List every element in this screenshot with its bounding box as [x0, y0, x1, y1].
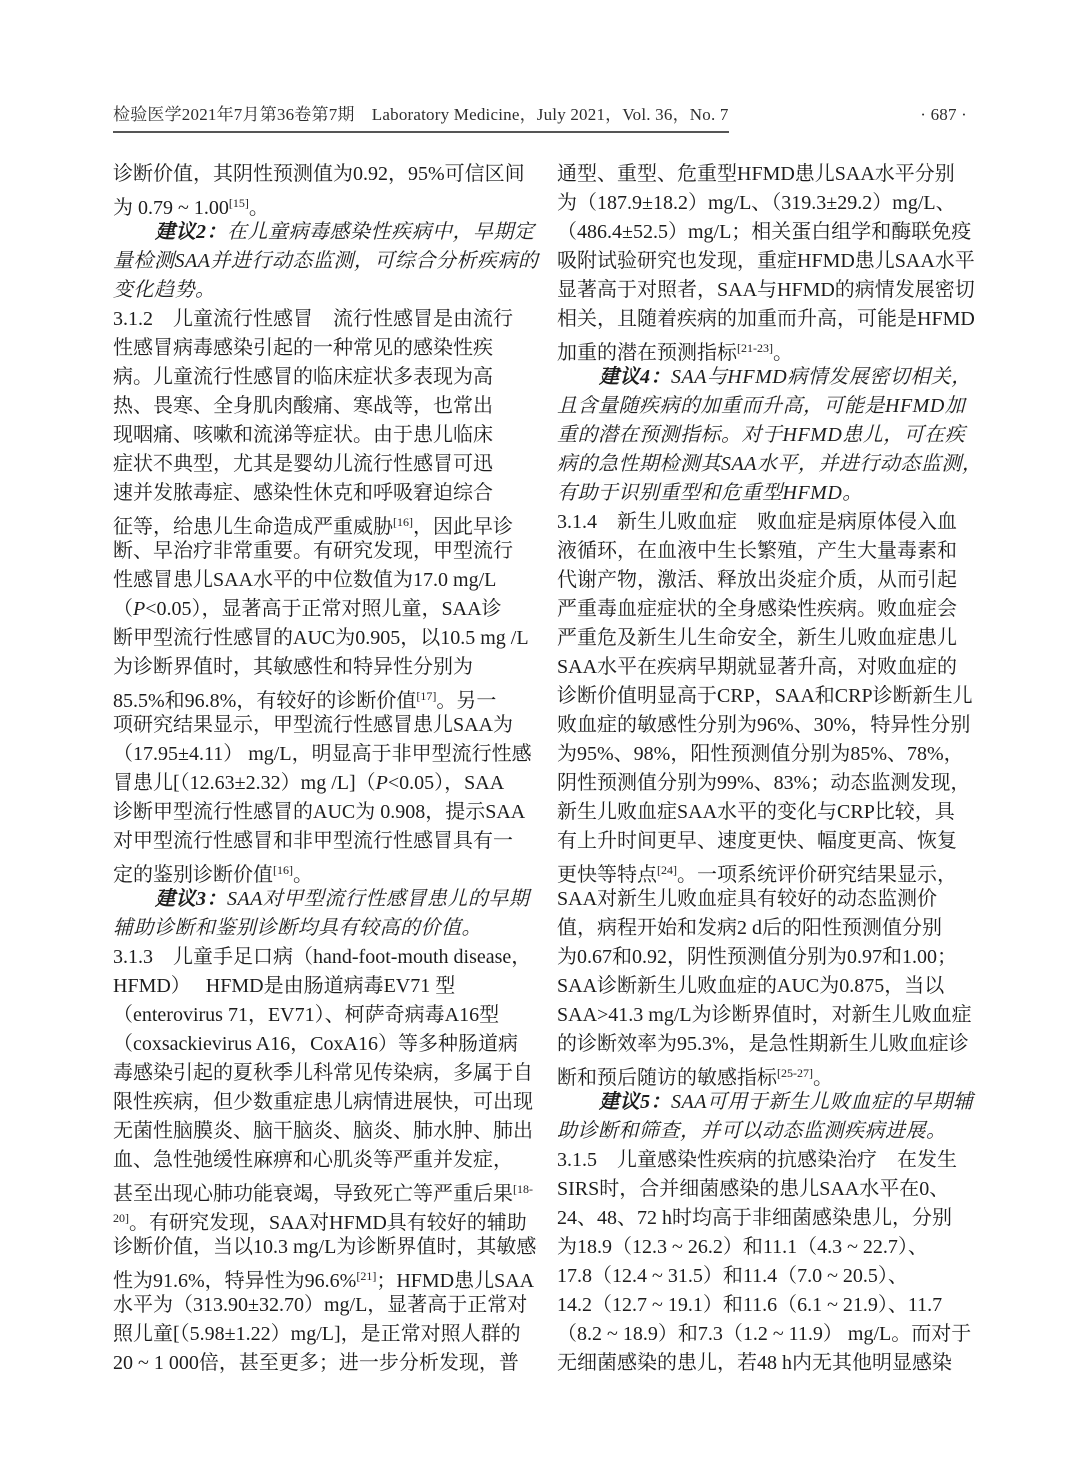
text-segment: 为 0.79 ~ 1.00 [113, 197, 229, 218]
text-segment: 液循环，在血液中生长繁殖，产生大量毒素和 [557, 540, 957, 562]
text-segment: 20 ~ 1 000倍，甚至更多；进一步分析发现，普 [113, 1352, 519, 1374]
text-segment: 限性疾病，但少数重症患儿病情进展快，可出现 [113, 1091, 533, 1113]
text-segment: 新生儿败血症SAA水平的变化与CRP比较，具 [557, 801, 955, 823]
text-segment: （486.4±52.5）mg/L；相关蛋白组学和酶联免疫 [557, 221, 971, 243]
text-segment: 病。儿童流行性感冒的临床症状多表现为高 [113, 366, 493, 388]
text-line: 量检测SAA并进行动态监测，可综合分析疾病的 [113, 247, 543, 276]
text-line: 速并发脓毒症、感染性休克和呼吸窘迫综合 [113, 479, 543, 508]
page-header: 检验医学2021年7月第36卷第7期 Laboratory Medicine，J… [113, 100, 967, 133]
text-line: 建议4：SAA与HFMD病情发展密切相关， [557, 363, 987, 392]
text-segment: 显著高于对照者，SAA与HFMD的病情发展密切 [557, 279, 975, 301]
text-segment: 量检测SAA并进行动态监测，可综合分析疾病的 [113, 250, 538, 272]
text-line: 值，病程开始和发病2 d后的阳性预测值分别 [557, 914, 987, 943]
text-segment: 对甲型流行性感冒和非甲型流行性感冒具有一 [113, 830, 513, 852]
text-segment: 。 [293, 864, 313, 885]
text-line: 显著高于对照者，SAA与HFMD的病情发展密切 [557, 276, 987, 305]
text-segment: 85.5%和96.8%，有较好的诊断价值 [113, 690, 416, 711]
text-segment: 为0.67和0.92，阴性预测值分别为0.97和1.00； [557, 946, 957, 968]
text-segment: 加重的潜在预测指标 [557, 342, 737, 363]
text-segment: 更快等特点 [557, 864, 657, 885]
text-line: 有上升时间更早、速度更快、幅度更高、恢复 [557, 827, 987, 856]
text-line: 有助于识别重型和危重型HFMD。 [557, 479, 987, 508]
text-line: 诊断价值明显高于CRP，SAA和CRP诊断新生儿 [557, 682, 987, 711]
text-line: （P<0.05），显著高于正常对照儿童，SAA诊 [113, 595, 543, 624]
text-line: 变化趋势。 [113, 276, 543, 305]
text-segment: （8.2 ~ 18.9）和7.3（1.2 ~ 11.9） mg/L。而对于 [557, 1323, 971, 1345]
text-segment: 照儿童[（5.98±1.22）mg/L]，是正常对照人群的 [113, 1323, 521, 1345]
text-segment: 速并发脓毒症、感染性休克和呼吸窘迫综合 [113, 482, 493, 504]
text-segment: 断和预后随访的敏感指标 [557, 1067, 777, 1088]
text-line: 更快等特点[24]。一项系统评价研究结果显示， [557, 856, 987, 885]
text-segment: 建议3： [155, 888, 227, 910]
text-line: （coxsackievirus A16，CoxA16）等多种肠道病 [113, 1030, 543, 1059]
text-line: 甚至出现心肺功能衰竭，导致死亡等严重后果[18- [113, 1175, 543, 1204]
text-segment: P [133, 598, 145, 620]
text-line: 代谢产物，激活、释放出炎症介质，从而引起 [557, 566, 987, 595]
text-line: 血、急性弛缓性麻痹和心肌炎等严重并发症， [113, 1146, 543, 1175]
text-segment: 3.1.5 儿童感染性疾病的抗感染治疗 在发生 [557, 1149, 957, 1171]
text-line: 诊断价值，当以10.3 mg/L为诊断界值时，其敏感 [113, 1233, 543, 1262]
page-number: · 687 · [920, 105, 967, 133]
text-segment: <0.05），SAA [388, 772, 504, 794]
text-segment: 24、48、72 h时均高于非细菌感染患儿，分别 [557, 1207, 952, 1229]
reference-superscript: [16] [273, 863, 293, 877]
text-segment: 通型、重型、危重型HFMD患儿SAA水平分别 [557, 163, 955, 185]
text-segment: SAA对新生儿败血症具有较好的动态监测价 [557, 888, 937, 910]
text-segment: （17.95±4.11） mg/L，明显高于非甲型流行性感 [113, 743, 532, 765]
text-segment: 建议4： [599, 366, 671, 388]
text-segment: 值，病程开始和发病2 d后的阳性预测值分别 [557, 917, 942, 939]
text-segment: 现咽痛、咳嗽和流涕等症状。由于患儿临床 [113, 424, 493, 446]
text-segment: 助诊断和筛查，并可以动态监测疾病进展。 [557, 1120, 947, 1142]
text-line: 诊断甲型流行性感冒的AUC为 0.908，提示SAA [113, 798, 543, 827]
text-segment: SIRS时，合并细菌感染的患儿SAA水平在0、 [557, 1178, 949, 1200]
text-line: SAA>41.3 mg/L为诊断界值时，对新生儿败血症 [557, 1001, 987, 1030]
text-segment: 有上升时间更早、速度更快、幅度更高、恢复 [557, 830, 957, 852]
text-segment: 症状不典型，尤其是婴幼儿流行性感冒可迅 [113, 453, 493, 475]
text-line: 无细菌感染的患儿，若48 h内无其他明显感染 [557, 1349, 987, 1378]
text-line: 且含量随疾病的加重而升高，可能是HFMD加 [557, 392, 987, 421]
journal-page: 检验医学2021年7月第36卷第7期 Laboratory Medicine，J… [0, 0, 1080, 1480]
text-line: 24、48、72 h时均高于非细菌感染患儿，分别 [557, 1204, 987, 1233]
reference-superscript: [21-23] [737, 341, 773, 355]
text-line: 征等，给患儿生命造成严重威胁[16]，因此早诊 [113, 508, 543, 537]
text-segment: 水平为（313.90±32.70）mg/L，显著高于正常对 [113, 1294, 527, 1316]
text-segment: 败血症的敏感性分别为96%、30%，特异性分别 [557, 714, 970, 736]
text-line: 为诊断界值时，其敏感性和特异性分别为 [113, 653, 543, 682]
text-line: 20 ~ 1 000倍，甚至更多；进一步分析发现，普 [113, 1349, 543, 1378]
text-line: 断、早治疗非常重要。有研究发现，甲型流行 [113, 537, 543, 566]
text-line: 辅助诊断和鉴别诊断均具有较高的价值。 [113, 914, 543, 943]
text-line: 加重的潜在预测指标[21-23]。 [557, 334, 987, 363]
reference-superscript: [16] [393, 515, 413, 529]
text-segment: 诊断价值，其阴性预测值为0.92，95%可信区间 [113, 163, 525, 185]
text-line: 症状不典型，尤其是婴幼儿流行性感冒可迅 [113, 450, 543, 479]
text-line: 建议3：SAA对甲型流行性感冒患儿的早期 [113, 885, 543, 914]
reference-superscript: [17] [416, 689, 436, 703]
text-line: （enterovirus 71，EV71）、柯萨奇病毒A16型 [113, 1001, 543, 1030]
text-segment: 。有研究发现，SAA对HFMD具有较好的辅助 [129, 1212, 527, 1233]
text-line: 为18.9（12.3 ~ 26.2）和11.1（4.3 ~ 22.7）、 [557, 1233, 987, 1262]
text-segment: 3.1.4 新生儿败血症 败血症是病原体侵入血 [557, 511, 957, 533]
text-segment: 性感冒病毒感染引起的一种常见的感染性疾 [113, 337, 493, 359]
text-segment: 诊断甲型流行性感冒的AUC为 0.908，提示SAA [113, 801, 525, 823]
text-segment: 为18.9（12.3 ~ 26.2）和11.1（4.3 ~ 22.7）、 [557, 1236, 928, 1258]
reference-superscript: [21] [356, 1269, 376, 1283]
text-segment: 重的潜在预测指标。对于HFMD患儿，可在疾 [557, 424, 965, 446]
text-segment: 定的鉴别诊断价值 [113, 864, 273, 885]
text-line: 性为91.6%，特异性为96.6%[21]；HFMD患儿SAA [113, 1262, 543, 1291]
text-line: 性感冒患儿SAA水平的中位数值为17.0 mg/L [113, 566, 543, 595]
text-line: 吸附试验研究也发现，重症HFMD患儿SAA水平 [557, 247, 987, 276]
text-segment: 3.1.2 儿童流行性感冒 流行性感冒是由流行 [113, 308, 513, 330]
reference-superscript: [15] [229, 196, 249, 210]
text-line: 为95%、98%，阳性预测值分别为85%、78%， [557, 740, 987, 769]
text-line: 3.1.4 新生儿败血症 败血症是病原体侵入血 [557, 508, 987, 537]
text-line: 3.1.2 儿童流行性感冒 流行性感冒是由流行 [113, 305, 543, 334]
text-segment: P [376, 772, 388, 794]
reference-superscript: [25-27] [777, 1066, 813, 1080]
text-line: 14.2（12.7 ~ 19.1）和11.6（6.1 ~ 21.9）、11.7 [557, 1291, 987, 1320]
text-line: 为0.67和0.92，阴性预测值分别为0.97和1.00； [557, 943, 987, 972]
text-segment: 辅助诊断和鉴别诊断均具有较高的价值。 [113, 917, 482, 939]
text-segment: 冒患儿[（12.63±2.32）mg /L]（ [113, 772, 376, 794]
text-segment: 甚至出现心肺功能衰竭，导致死亡等严重后果 [113, 1183, 513, 1204]
reference-superscript: [24] [657, 863, 677, 877]
text-line: 水平为（313.90±32.70）mg/L，显著高于正常对 [113, 1291, 543, 1320]
text-segment: 为（187.9±18.2）mg/L、（319.3±29.2）mg/L、 [557, 192, 956, 214]
text-segment: 17.8（12.4 ~ 31.5）和11.4（7.0 ~ 20.5）、 [557, 1265, 908, 1287]
text-segment: 严重毒血症症状的全身感染性疾病。败血症会 [557, 598, 957, 620]
text-segment: 变化趋势。 [113, 279, 216, 301]
text-segment: 且含量随疾病的加重而升高，可能是HFMD加 [557, 395, 965, 417]
text-line: 3.1.5 儿童感染性疾病的抗感染治疗 在发生 [557, 1146, 987, 1175]
reference-superscript: 20] [113, 1211, 129, 1225]
text-segment: 在儿童病毒感染性疾病中，早期定 [227, 221, 535, 243]
text-line: 无菌性脑膜炎、脑干脑炎、脑炎、肺水肿、肺出 [113, 1117, 543, 1146]
text-segment: 断、早治疗非常重要。有研究发现，甲型流行 [113, 540, 513, 562]
text-line: SAA对新生儿败血症具有较好的动态监测价 [557, 885, 987, 914]
text-segment: 毒感染引起的夏秋季儿科常见传染病，多属于自 [113, 1062, 533, 1084]
text-segment: 无细菌感染的患儿，若48 h内无其他明显感染 [557, 1352, 952, 1374]
text-line: 建议5：SAA可用于新生儿败血症的早期辅 [557, 1088, 987, 1117]
text-line: 项研究结果显示，甲型流行性感冒患儿SAA为 [113, 711, 543, 740]
text-segment: SAA>41.3 mg/L为诊断界值时，对新生儿败血症 [557, 1004, 972, 1026]
left-text-column: 诊断价值，其阴性预测值为0.92，95%可信区间为 0.79 ~ 1.00[15… [113, 160, 543, 1378]
text-line: 85.5%和96.8%，有较好的诊断价值[17]。另一 [113, 682, 543, 711]
text-line: 重的潜在预测指标。对于HFMD患儿，可在疾 [557, 421, 987, 450]
text-segment: SAA可用于新生儿败血症的早期辅 [671, 1091, 973, 1113]
text-line: 败血症的敏感性分别为96%、30%，特异性分别 [557, 711, 987, 740]
text-line: 阴性预测值分别为99%、83%；动态监测发现， [557, 769, 987, 798]
right-text-column: 通型、重型、危重型HFMD患儿SAA水平分别为（187.9±18.2）mg/L、… [557, 160, 987, 1378]
text-segment: 严重危及新生儿生命安全，新生儿败血症患儿 [557, 627, 957, 649]
text-segment: 代谢产物，激活、释放出炎症介质，从而引起 [557, 569, 957, 591]
text-segment: 征等，给患儿生命造成严重威胁 [113, 516, 393, 537]
text-line: 照儿童[（5.98±1.22）mg/L]，是正常对照人群的 [113, 1320, 543, 1349]
text-segment: （coxsackievirus A16，CoxA16）等多种肠道病 [113, 1033, 518, 1055]
text-line: HFMD） HFMD是由肠道病毒EV71 型 [113, 972, 543, 1001]
text-segment: SAA与HFMD病情发展密切相关， [671, 366, 972, 388]
text-line: （17.95±4.11） mg/L，明显高于非甲型流行性感 [113, 740, 543, 769]
text-segment: 性为91.6%，特异性为96.6% [113, 1270, 356, 1291]
text-line: SAA诊断新生儿败血症的AUC为0.875，当以 [557, 972, 987, 1001]
text-line: 建议2：在儿童病毒感染性疾病中，早期定 [113, 218, 543, 247]
text-segment: 为95%、98%，阳性预测值分别为85%、78%， [557, 743, 964, 765]
text-line: 冒患儿[（12.63±2.32）mg /L]（P<0.05），SAA [113, 769, 543, 798]
text-segment: <0.05），显著高于正常对照儿童，SAA诊 [145, 598, 501, 620]
text-segment: 建议5： [599, 1091, 671, 1113]
text-line: 断甲型流行性感冒的AUC为0.905，以10.5 mg /L [113, 624, 543, 653]
text-segment: 血、急性弛缓性麻痹和心肌炎等严重并发症， [113, 1149, 513, 1171]
text-line: 热、畏寒、全身肌肉酸痛、寒战等，也常出 [113, 392, 543, 421]
text-line: 相关，且随着疾病的加重而升高，可能是HFMD [557, 305, 987, 334]
text-line: 助诊断和筛查，并可以动态监测疾病进展。 [557, 1117, 987, 1146]
text-line: 液循环，在血液中生长繁殖，产生大量毒素和 [557, 537, 987, 566]
text-line: 新生儿败血症SAA水平的变化与CRP比较，具 [557, 798, 987, 827]
text-line: 病。儿童流行性感冒的临床症状多表现为高 [113, 363, 543, 392]
text-segment: 。另一 [436, 690, 496, 711]
text-segment: 的诊断效率为95.3%，是急性期新生儿败血症诊 [557, 1033, 969, 1055]
text-line: 20]。有研究发现，SAA对HFMD具有较好的辅助 [113, 1204, 543, 1233]
reference-superscript: [18- [513, 1182, 533, 1196]
text-segment: HFMD） HFMD是由肠道病毒EV71 型 [113, 975, 455, 997]
text-segment: 诊断价值，当以10.3 mg/L为诊断界值时，其敏感 [113, 1236, 536, 1258]
text-segment: 吸附试验研究也发现，重症HFMD患儿SAA水平 [557, 250, 975, 272]
text-segment: SAA水平在疾病早期就显著升高，对败血症的 [557, 656, 957, 678]
text-segment: 无菌性脑膜炎、脑干脑炎、脑炎、肺水肿、肺出 [113, 1120, 533, 1142]
text-segment: 。 [249, 197, 269, 218]
text-segment: （enterovirus 71，EV71）、柯萨奇病毒A16型 [113, 1004, 499, 1026]
text-line: 性感冒病毒感染引起的一种常见的感染性疾 [113, 334, 543, 363]
text-segment: 建议2： [155, 221, 227, 243]
text-line: 为（187.9±18.2）mg/L、（319.3±29.2）mg/L、 [557, 189, 987, 218]
text-segment: SAA诊断新生儿败血症的AUC为0.875，当以 [557, 975, 944, 997]
text-segment: 断甲型流行性感冒的AUC为0.905，以10.5 mg /L [113, 627, 529, 649]
text-line: 诊断价值，其阴性预测值为0.92，95%可信区间 [113, 160, 543, 189]
text-segment: 。一项系统评价研究结果显示， [677, 864, 957, 885]
text-line: 对甲型流行性感冒和非甲型流行性感冒具有一 [113, 827, 543, 856]
text-line: 断和预后随访的敏感指标[25-27]。 [557, 1059, 987, 1088]
text-segment: （ [113, 598, 133, 620]
text-segment: 。 [773, 342, 793, 363]
text-segment: 性感冒患儿SAA水平的中位数值为17.0 mg/L [113, 569, 496, 591]
text-line: 的诊断效率为95.3%，是急性期新生儿败血症诊 [557, 1030, 987, 1059]
text-segment: 热、畏寒、全身肌肉酸痛、寒战等，也常出 [113, 395, 493, 417]
text-segment: 病的急性期检测其SAA水平，并进行动态监测， [557, 453, 982, 475]
text-line: （486.4±52.5）mg/L；相关蛋白组学和酶联免疫 [557, 218, 987, 247]
journal-title-line: 检验医学2021年7月第36卷第7期 Laboratory Medicine，J… [113, 100, 729, 133]
text-segment: 3.1.3 儿童手足口病（hand-foot-mouth disease， [113, 946, 531, 968]
text-line: 严重毒血症症状的全身感染性疾病。败血症会 [557, 595, 987, 624]
text-segment: 阴性预测值分别为99%、83%；动态监测发现， [557, 772, 970, 794]
text-segment: SAA对甲型流行性感冒患儿的早期 [227, 888, 529, 910]
text-segment: 诊断价值明显高于CRP，SAA和CRP诊断新生儿 [557, 685, 973, 707]
text-line: 3.1.3 儿童手足口病（hand-foot-mouth disease， [113, 943, 543, 972]
text-segment: 项研究结果显示，甲型流行性感冒患儿SAA为 [113, 714, 513, 736]
text-segment: 有助于识别重型和危重型HFMD。 [557, 482, 863, 504]
text-line: 现咽痛、咳嗽和流涕等症状。由于患儿临床 [113, 421, 543, 450]
text-line: SIRS时，合并细菌感染的患儿SAA水平在0、 [557, 1175, 987, 1204]
text-line: 17.8（12.4 ~ 31.5）和11.4（7.0 ~ 20.5）、 [557, 1262, 987, 1291]
text-line: （8.2 ~ 18.9）和7.3（1.2 ~ 11.9） mg/L。而对于 [557, 1320, 987, 1349]
text-line: 通型、重型、危重型HFMD患儿SAA水平分别 [557, 160, 987, 189]
text-segment: 相关，且随着疾病的加重而升高，可能是HFMD [557, 308, 975, 330]
text-line: 定的鉴别诊断价值[16]。 [113, 856, 543, 885]
text-segment: 。 [813, 1067, 833, 1088]
text-line: 为 0.79 ~ 1.00[15]。 [113, 189, 543, 218]
text-line: 毒感染引起的夏秋季儿科常见传染病，多属于自 [113, 1059, 543, 1088]
text-segment: ；HFMD患儿SAA [376, 1270, 534, 1291]
text-line: 病的急性期检测其SAA水平，并进行动态监测， [557, 450, 987, 479]
text-line: SAA水平在疾病早期就显著升高，对败血症的 [557, 653, 987, 682]
text-segment: 为诊断界值时，其敏感性和特异性分别为 [113, 656, 473, 678]
text-segment: 14.2（12.7 ~ 19.1）和11.6（6.1 ~ 21.9）、11.7 [557, 1294, 942, 1316]
text-segment: ，因此早诊 [413, 516, 513, 537]
text-line: 严重危及新生儿生命安全，新生儿败血症患儿 [557, 624, 987, 653]
text-line: 限性疾病，但少数重症患儿病情进展快，可出现 [113, 1088, 543, 1117]
